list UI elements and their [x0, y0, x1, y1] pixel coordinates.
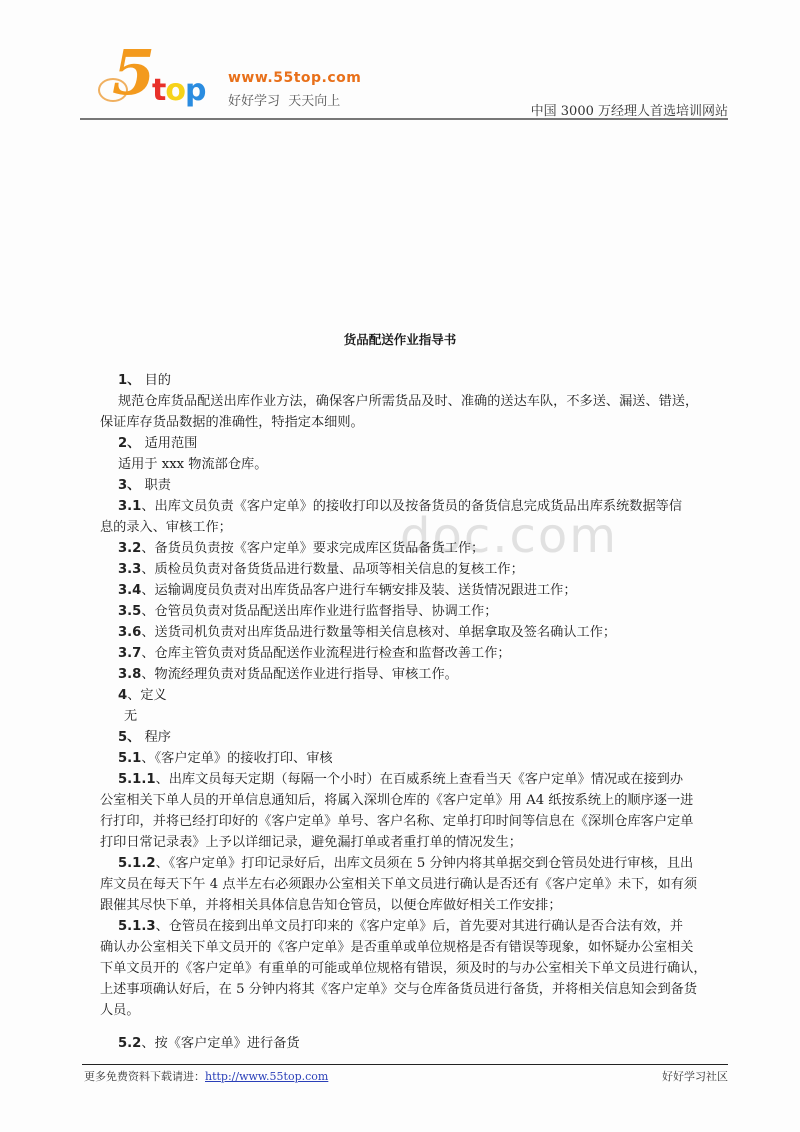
- footer-label: 更多免费资料下载请进：: [84, 1070, 205, 1083]
- clause-5-1-3-line: 下单文员开的《客户定单》有重单的可能或单位规格有错误，须及时的与办公室相关下单文…: [100, 958, 728, 979]
- section-1-body-line-2: 保证库存货品数据的准确性，特指定本细则。: [100, 412, 728, 433]
- clause-5-1-1-line: 公室相关下单人员的开单信息通知后，将属入深圳仓库的《客户定单》用 A4 纸按系统…: [100, 790, 728, 811]
- responsibility-item: 3.6、送货司机负责对出库货品进行数量等相关信息核对、单据拿取及签名确认工作；: [100, 622, 728, 643]
- section-1-body-line-1: 规范仓库货品配送出库作业方法，确保客户所需货品及时、准确的送达车队，不多送、漏送…: [100, 391, 728, 412]
- responsibility-item: 3.4、运输调度员负责对出库货品客户进行车辆安排及装、送货情况跟进工作；: [100, 580, 728, 601]
- logo-letter-p: p: [185, 73, 205, 108]
- clause-5-1-1-line: 打印日常记录表》上予以详细记录，避免漏打单或者重打单的情况发生；: [100, 832, 728, 853]
- logo-letter-t: t: [152, 73, 165, 108]
- clause-5-1-1-line: 行打印，并将已经打印好的《客户定单》单号、客户名称、定单打印时间等信息在《深圳仓…: [100, 811, 728, 832]
- spacer: [100, 1021, 728, 1033]
- document-title: 货品配送作业指导书: [0, 330, 800, 348]
- site-logo[interactable]: 5 top www.55top.com 好好学习 天天向上: [92, 42, 372, 112]
- header-divider: [80, 118, 728, 120]
- footer-download-note: 更多免费资料下载请进：http://www.55top.com: [84, 1068, 328, 1084]
- logo-five: 5: [112, 42, 155, 104]
- clause-5-1-3-line: 人员。: [100, 1000, 728, 1021]
- responsibility-item: 3.1、出库文员负责《客户定单》的接收打印以及按备货员的备货信息完成货品出库系统…: [100, 496, 728, 517]
- logo-top-text: top: [152, 74, 205, 108]
- document-body: 1、 目的 规范仓库货品配送出库作业方法，确保客户所需货品及时、准确的送达车队，…: [100, 370, 728, 1054]
- subsection-heading-5-1: 5.1、《客户定单》的接收打印、审核: [100, 748, 728, 769]
- header-tagline: 中国 3000 万经理人首选培训网站: [531, 100, 728, 119]
- section-4-body: 无: [100, 706, 728, 727]
- logo-slogan: 好好学习 天天向上: [228, 90, 340, 109]
- responsibility-item: 3.7、仓库主管负责对货品配送作业流程进行检查和监督改善工作；: [100, 643, 728, 664]
- responsibility-item: 3.3、质检员负责对备货货品进行数量、品项等相关信息的复核工作；: [100, 559, 728, 580]
- responsibility-item: 3.8、物流经理负责对货品配送作业进行指导、审核工作。: [100, 664, 728, 685]
- responsibility-item: 3.5、仓管员负责对货品配送出库作业进行监督指导、协调工作；: [100, 601, 728, 622]
- clause-5-1-3-line: 上述事项确认好后，在 5 分钟内将其《客户定单》交与仓库备货员进行备货，并将相关…: [100, 979, 728, 1000]
- footer-divider: [82, 1064, 728, 1065]
- section-heading-3: 3、 职责: [100, 475, 728, 496]
- page-header: 5 top www.55top.com 好好学习 天天向上 中国 3000 万经…: [80, 30, 728, 120]
- subsection-heading-5-2: 5.2、按《客户定单》进行备货: [100, 1033, 728, 1054]
- section-2-body: 适用于 xxx 物流部仓库。: [100, 454, 728, 475]
- responsibility-item: 3.2、备货员负责按《客户定单》要求完成库区货品备货工作；: [100, 538, 728, 559]
- clause-5-1-1: 5.1.1、出库文员每天定期（每隔一个小时）在百威系统上查看当天《客户定单》情况…: [100, 769, 728, 790]
- footer-community: 好好学习社区: [662, 1068, 728, 1084]
- section-heading-1: 1、 目的: [100, 370, 728, 391]
- section-heading-4: 4、定义: [100, 685, 728, 706]
- clause-5-1-2-line: 库文员在每天下午 4 点半左右必须跟办公室相关下单文员进行确认是否还有《客户定单…: [100, 874, 728, 895]
- footer-link[interactable]: http://www.55top.com: [205, 1070, 328, 1083]
- section-heading-2: 2、 适用范围: [100, 433, 728, 454]
- clause-5-1-2-line: 跟催其尽快下单，并将相关具体信息告知仓管员，以便仓库做好相关工作安排；: [100, 895, 728, 916]
- logo-letter-o: o: [165, 73, 185, 108]
- responsibility-item-cont: 息的录入、审核工作；: [100, 517, 728, 538]
- clause-5-1-3: 5.1.3、仓管员在接到出单文员打印来的《客户定单》后，首先要对其进行确认是否合…: [100, 916, 728, 937]
- logo-url: www.55top.com: [228, 70, 361, 86]
- clause-5-1-3-line: 确认办公室相关下单文员开的《客户定单》是否重单或单位规格是否有错误等现象，如怀疑…: [100, 937, 728, 958]
- section-heading-5: 5、 程序: [100, 727, 728, 748]
- clause-5-1-2: 5.1.2、《客户定单》打印记录好后，出库文员须在 5 分钟内将其单据交到仓管员…: [100, 853, 728, 874]
- document-page: 5 top www.55top.com 好好学习 天天向上 中国 3000 万经…: [0, 0, 800, 1132]
